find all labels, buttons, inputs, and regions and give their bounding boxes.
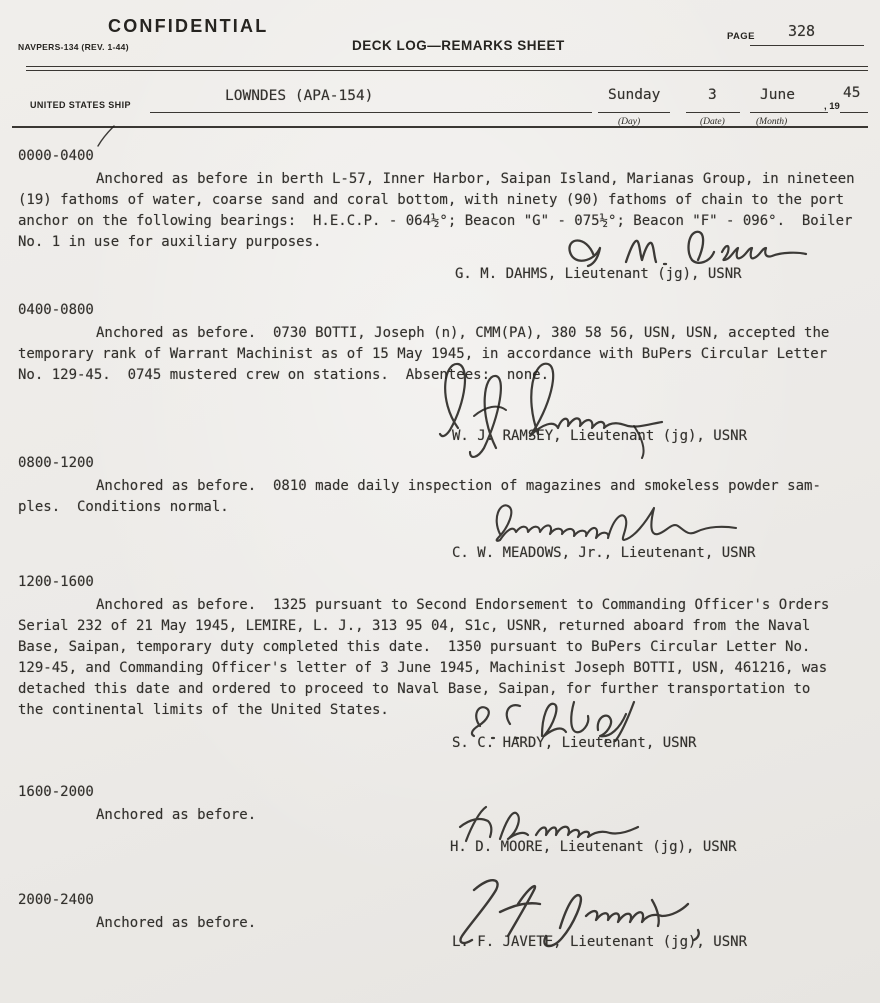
signature-name: H. D. MOORE, Lieutenant (jg), USNR [450,839,737,855]
entry-text-line: Anchored as before. [18,805,256,826]
page-label: PAGE [727,31,755,42]
entry-text: Anchored as before. [18,913,256,934]
date-month-line [750,112,828,113]
entry-time-range: 0800-1200 [18,455,94,471]
deck-log-page: CONFIDENTIAL PAGE 328 NAVPERS-134 (REV. … [0,0,880,1003]
entry-text-line: Anchored as before. 1325 pursuant to Sec… [18,595,829,616]
entry-text-line: 129-45, and Commanding Officer's letter … [18,658,829,679]
header-bottom-rule [12,126,868,128]
entry-text-line: temporary rank of Warrant Machinist as o… [18,344,829,365]
date-day-line [598,112,670,113]
entry-text: Anchored as before. 0810 made daily insp… [18,476,821,518]
ship-label: UNITED STATES SHIP [30,100,131,110]
entry-text: Anchored as before in berth L-57, Inner … [18,169,855,253]
date-date-line [686,112,740,113]
entry-text: Anchored as before. [18,805,256,826]
entry-text-line: detached this date and ordered to procee… [18,679,829,700]
stray-pen-mark [92,124,118,152]
signature-name: W. J. RAMSEY, Lieutenant (jg), USNR [452,428,747,444]
entry-text-line: No. 1 in use for auxiliary purposes. [18,232,855,253]
entry-text-line: Anchored as before. 0730 BOTTI, Joseph (… [18,323,829,344]
entry-text-line: Anchored as before. [18,913,256,934]
date-month-value: June [760,87,795,103]
ship-name-line [150,112,592,113]
page-number-line [750,45,864,46]
entry-text: Anchored as before. 1325 pursuant to Sec… [18,595,829,721]
entry-time-range: 0000-0400 [18,148,94,164]
classification-stamp: CONFIDENTIAL [108,16,268,37]
entry-time-range: 0400-0800 [18,302,94,318]
entry-text-line: Anchored as before. 0810 made daily insp… [18,476,821,497]
entry-time-range: 1200-1600 [18,574,94,590]
ship-name: LOWNDES (APA-154) [225,88,373,104]
entry-text-line: Anchored as before in berth L-57, Inner … [18,169,855,190]
year-value: 45 [843,85,860,101]
entry-time-range: 2000-2400 [18,892,94,908]
entry-time-range: 1600-2000 [18,784,94,800]
signature-name: C. W. MEADOWS, Jr., Lieutenant, USNR [452,545,755,561]
signature-name: G. M. DAHMS, Lieutenant (jg), USNR [455,266,742,282]
entry-text-line: Base, Saipan, temporary duty completed t… [18,637,829,658]
signature-name: S. C. HARDY, Lieutenant, USNR [452,735,696,751]
form-number: NAVPERS-134 (REV. 1-44) [18,42,129,52]
signature-name: L. F. JAVETE, Lieutenant (jg), USNR [452,934,747,950]
entry-text-line: No. 129-45. 0745 mustered crew on statio… [18,365,829,386]
sheet-title: DECK LOG—REMARKS SHEET [352,38,565,53]
entry-text: Anchored as before. 0730 BOTTI, Joseph (… [18,323,829,386]
year-line [840,112,868,113]
date-day-value: Sunday [608,87,660,103]
page-number: 328 [788,22,815,40]
entry-text-line: (19) fathoms of water, coarse sand and c… [18,190,855,211]
header-double-rule [26,66,868,71]
year-prefix: , 19 [824,101,840,112]
entry-text-line: Serial 232 of 21 May 1945, LEMIRE, L. J.… [18,616,829,637]
date-date-value: 3 [708,87,717,103]
entry-text-line: the continental limits of the United Sta… [18,700,829,721]
entry-text-line: anchor on the following bearings: H.E.C.… [18,211,855,232]
entry-text-line: ples. Conditions normal. [18,497,821,518]
